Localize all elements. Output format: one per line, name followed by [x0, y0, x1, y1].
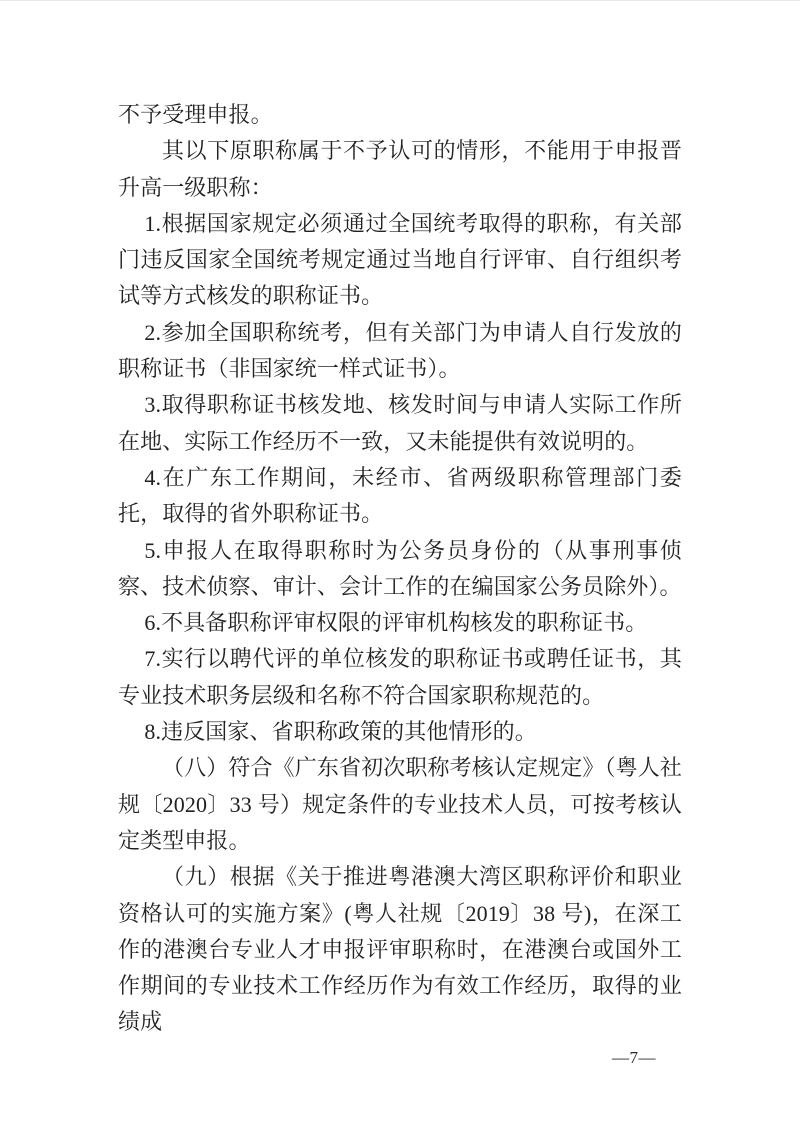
page-number: —7—	[612, 1047, 656, 1069]
paragraph-section-9: （九）根据《关于推进粤港澳大湾区职称评价和职业资格认可的实施方案》(粤人社规〔2…	[118, 859, 682, 1040]
paragraph-section-8: （八）符合《广东省初次职称考核认定规定》（粤人社规〔2020〕33 号）规定条件…	[118, 750, 682, 859]
paragraph-item-5: 5.申报人在取得职称时为公务员身份的（从事刑事侦察、技术侦察、审计、会计工作的在…	[118, 533, 682, 606]
paragraph-item-4: 4.在广东工作期间，未经市、省两级职称管理部门委托，取得的省外职称证书。	[118, 460, 682, 533]
document-page: 不予受理申报。 其以下原职称属于不予认可的情形，不能用于申报晋升高一级职称： 1…	[0, 0, 800, 1132]
paragraph-item-8: 8.违反国家、省职称政策的其他情形的。	[118, 714, 682, 750]
paragraph-intro: 其以下原职称属于不予认可的情形，不能用于申报晋升高一级职称：	[118, 133, 682, 206]
paragraph-item-3: 3.取得职称证书核发地、核发时间与申请人实际工作所在地、实际工作经历不一致，又未…	[118, 387, 682, 460]
paragraph-continuation: 不予受理申报。	[118, 97, 682, 133]
paragraph-item-6: 6.不具备职称评审权限的评审机构核发的职称证书。	[118, 605, 682, 641]
paragraph-item-7: 7.实行以聘代评的单位核发的职称证书或聘任证书，其专业技术职务层级和名称不符合国…	[118, 641, 682, 714]
paragraph-item-2: 2.参加全国职称统考，但有关部门为申请人自行发放的职称证书（非国家统一样式证书）…	[118, 315, 682, 388]
document-body: 不予受理申报。 其以下原职称属于不予认可的情形，不能用于申报晋升高一级职称： 1…	[118, 97, 682, 1041]
paragraph-item-1: 1.根据国家规定必须通过全国统考取得的职称，有关部门违反国家全国统考规定通过当地…	[118, 206, 682, 315]
